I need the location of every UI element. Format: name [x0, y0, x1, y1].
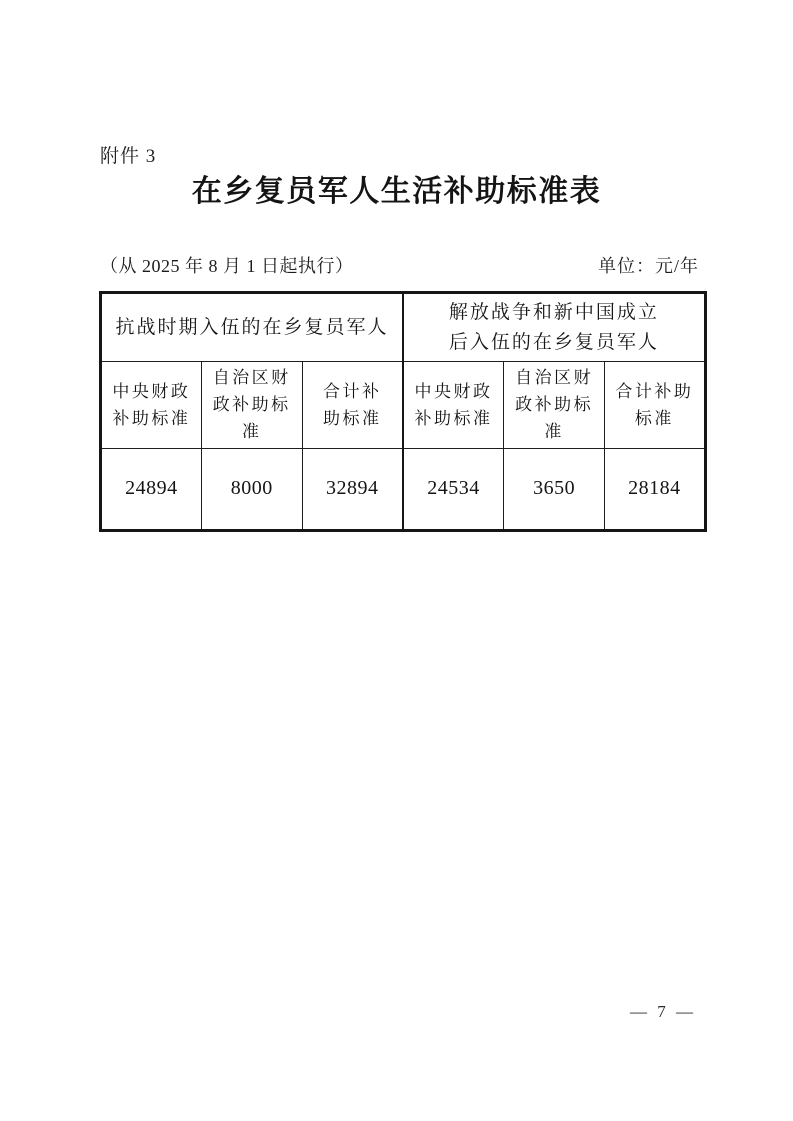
- value-region-finance-1: 8000: [201, 448, 302, 530]
- column-header-region-finance-1: 自治区财 政补助标 准: [201, 362, 302, 449]
- page-number: — 7 —: [630, 1002, 696, 1022]
- meta-row: （从 2025 年 8 月 1 日起执行） 单位：元/年: [100, 252, 699, 278]
- unit-label: 单位：元/年: [598, 252, 699, 278]
- document-page: 附件 3 在乡复员军人生活补助标准表 （从 2025 年 8 月 1 日起执行）…: [0, 0, 793, 1121]
- table-column-header-row: 中央财政 补助标准 自治区财 政补助标 准 合计补 助标准 中央财政 补助标准 …: [101, 362, 706, 449]
- page-title: 在乡复员军人生活补助标准表: [0, 166, 793, 210]
- value-central-finance-2: 24534: [403, 448, 504, 530]
- value-total-1: 32894: [302, 448, 403, 530]
- value-central-finance-1: 24894: [101, 448, 202, 530]
- subsidy-table: 抗战时期入伍的在乡复员军人 解放战争和新中国成立 后入伍的在乡复员军人 中央财政…: [99, 291, 707, 532]
- value-total-2: 28184: [604, 448, 705, 530]
- attachment-label: 附件 3: [100, 141, 156, 168]
- effective-date-note: （从 2025 年 8 月 1 日起执行）: [100, 252, 354, 278]
- column-header-total-2: 合计补助 标准: [604, 362, 705, 449]
- group-header-war-of-resistance: 抗战时期入伍的在乡复员军人: [101, 293, 403, 362]
- table-row: 24894 8000 32894 24534 3650 28184: [101, 448, 706, 530]
- table-group-header-row: 抗战时期入伍的在乡复员军人 解放战争和新中国成立 后入伍的在乡复员军人: [101, 293, 706, 362]
- value-region-finance-2: 3650: [504, 448, 605, 530]
- column-header-central-finance-2: 中央财政 补助标准: [403, 362, 504, 449]
- column-header-region-finance-2: 自治区财 政补助标 准: [504, 362, 605, 449]
- column-header-total-1: 合计补 助标准: [302, 362, 403, 449]
- column-header-central-finance-1: 中央财政 补助标准: [101, 362, 202, 449]
- group-header-liberation-war: 解放战争和新中国成立 后入伍的在乡复员军人: [403, 293, 705, 362]
